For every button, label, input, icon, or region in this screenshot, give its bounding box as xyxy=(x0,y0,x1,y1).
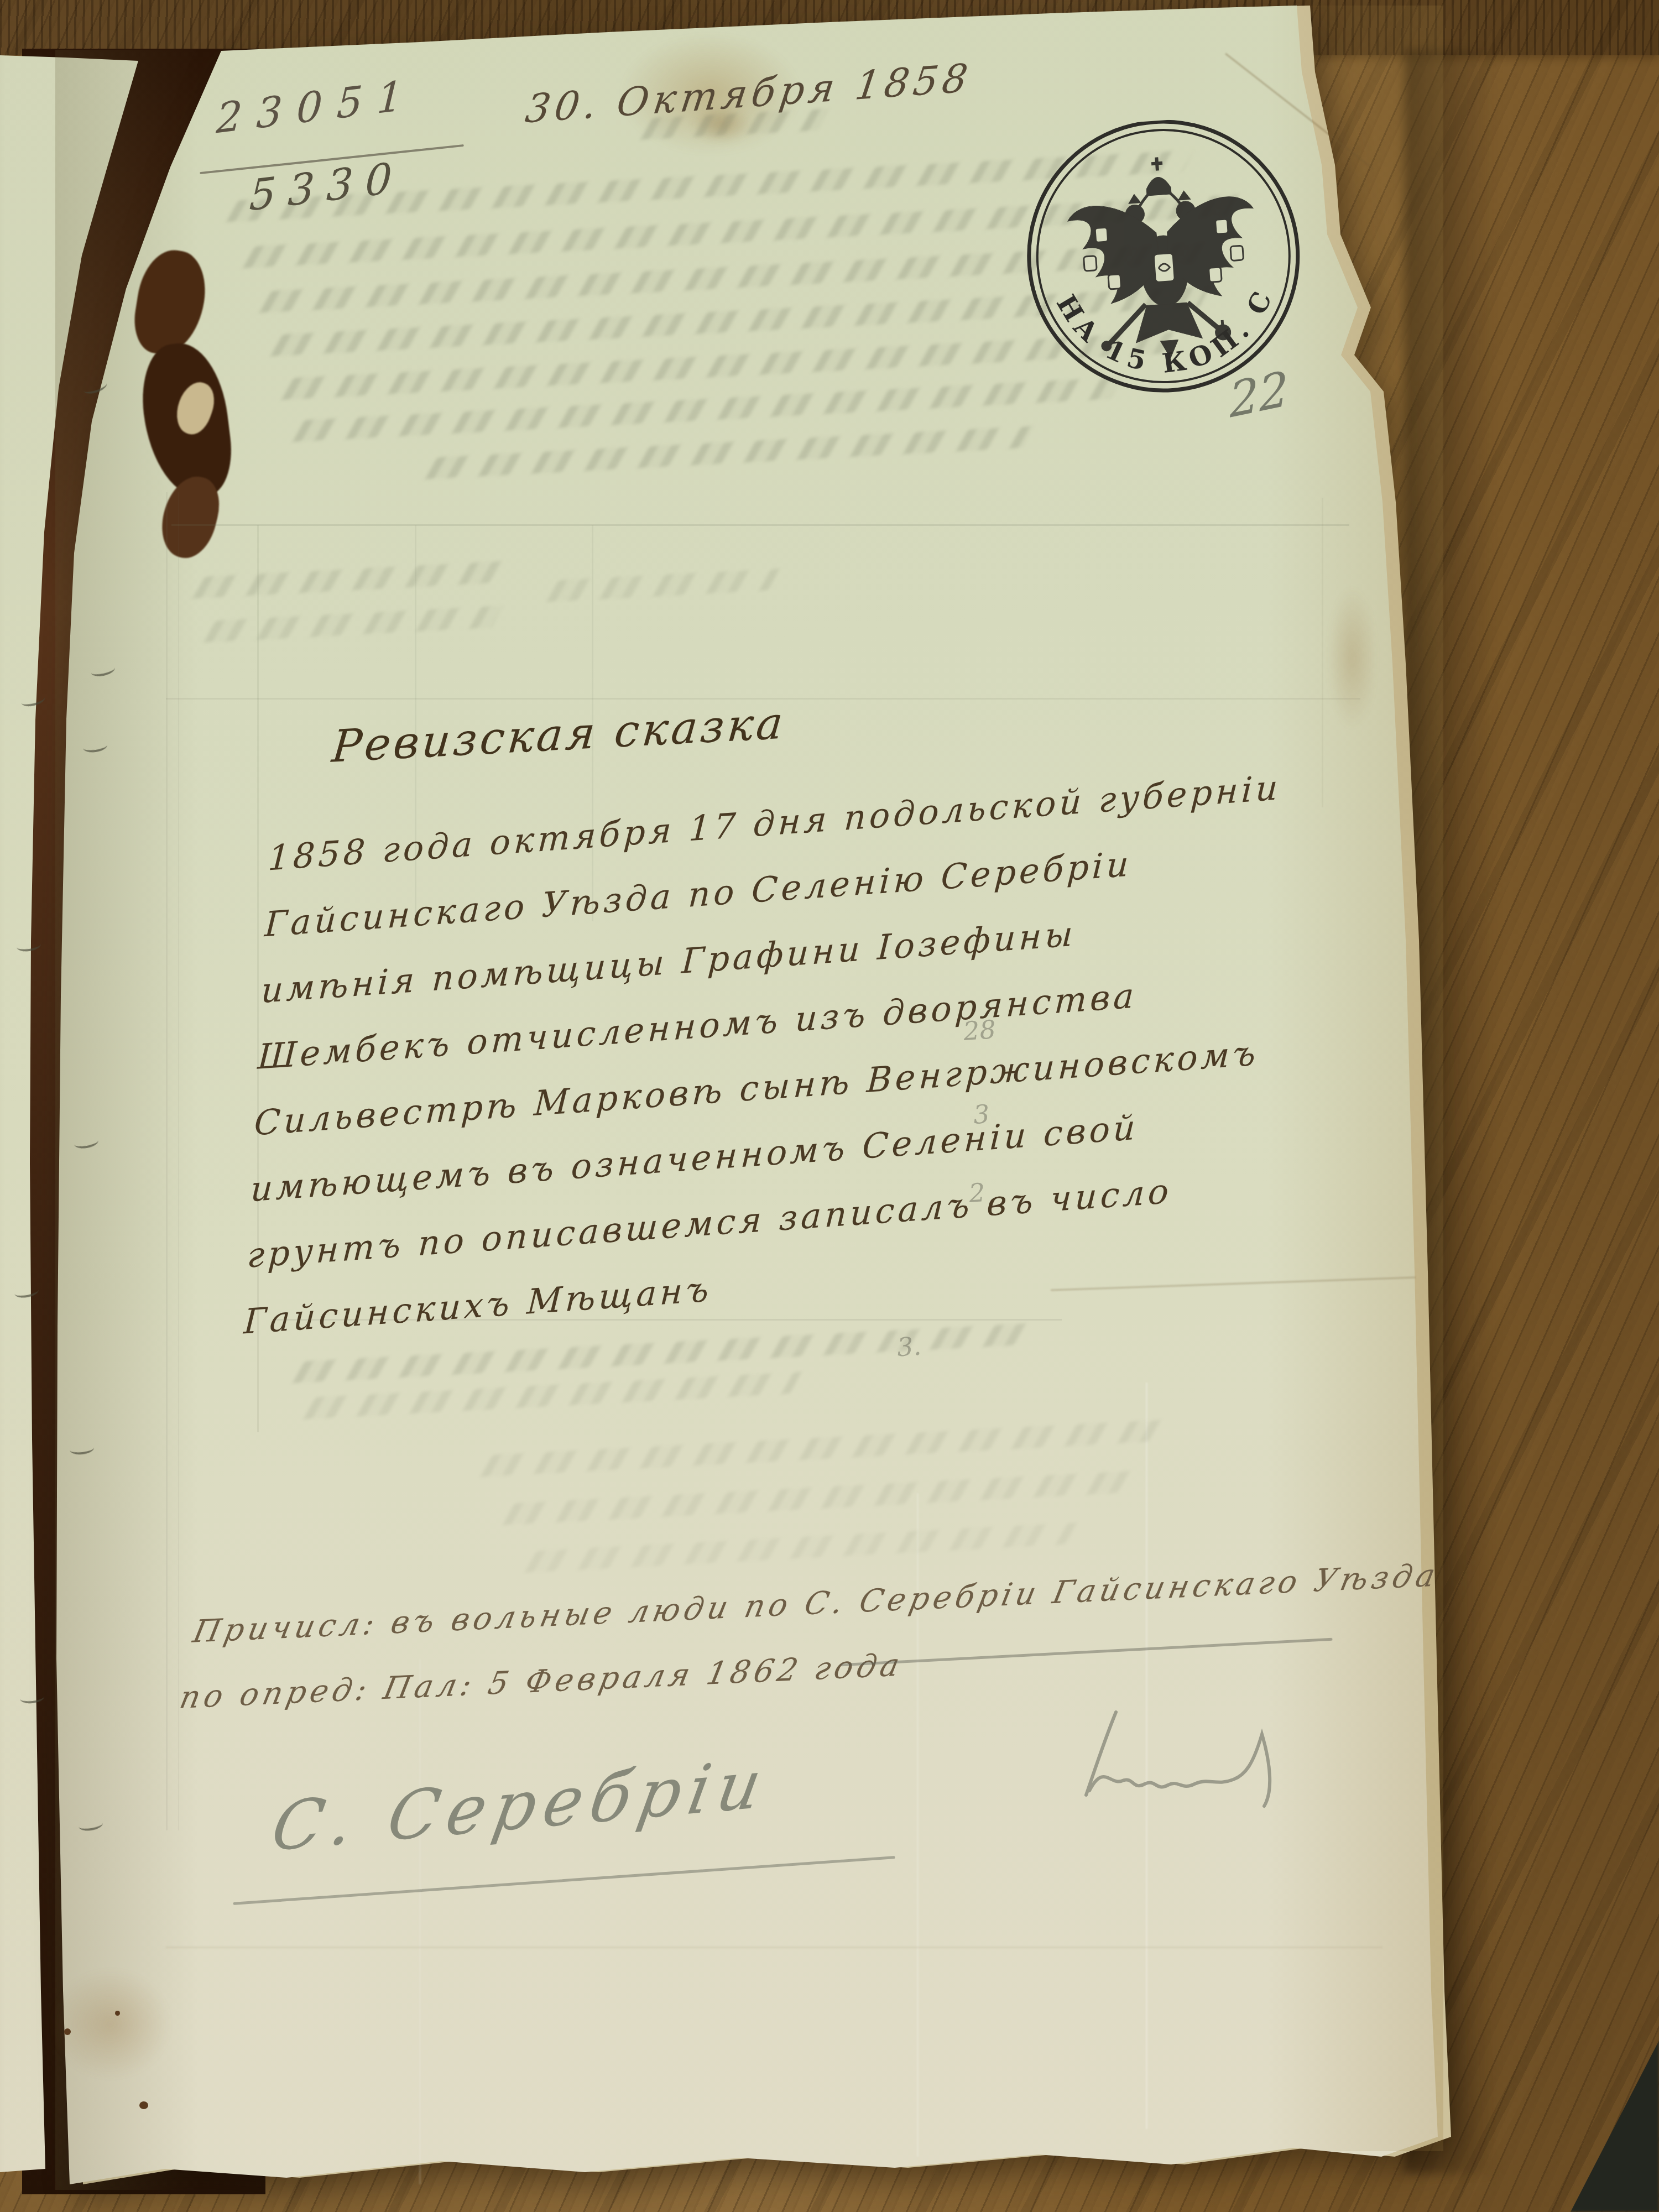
crease xyxy=(419,1659,421,2184)
margin-number: 28 xyxy=(962,1014,997,1046)
margin-number: 3. xyxy=(896,1331,922,1363)
crease xyxy=(166,1947,1383,1948)
photo-of-archival-document: 23051 5330 30. Октября 1858 xyxy=(0,0,1659,2212)
speck xyxy=(139,2101,148,2109)
margin-number: 3 xyxy=(972,1099,990,1130)
bleed-table-line xyxy=(1322,498,1323,807)
margin-number: 2 xyxy=(968,1177,986,1208)
body-paragraph: 1858 года октября 17 дня подольской губе… xyxy=(242,754,1283,1355)
stain xyxy=(50,1969,171,2079)
speck xyxy=(64,2028,71,2035)
bleed-table-line xyxy=(171,524,1349,526)
stain xyxy=(1327,586,1377,730)
bleed-margin-line xyxy=(178,492,179,1830)
bleed-margin-line xyxy=(166,492,168,1830)
speck xyxy=(115,2011,120,2016)
pencil-signature-scribble xyxy=(1051,1698,1327,1830)
